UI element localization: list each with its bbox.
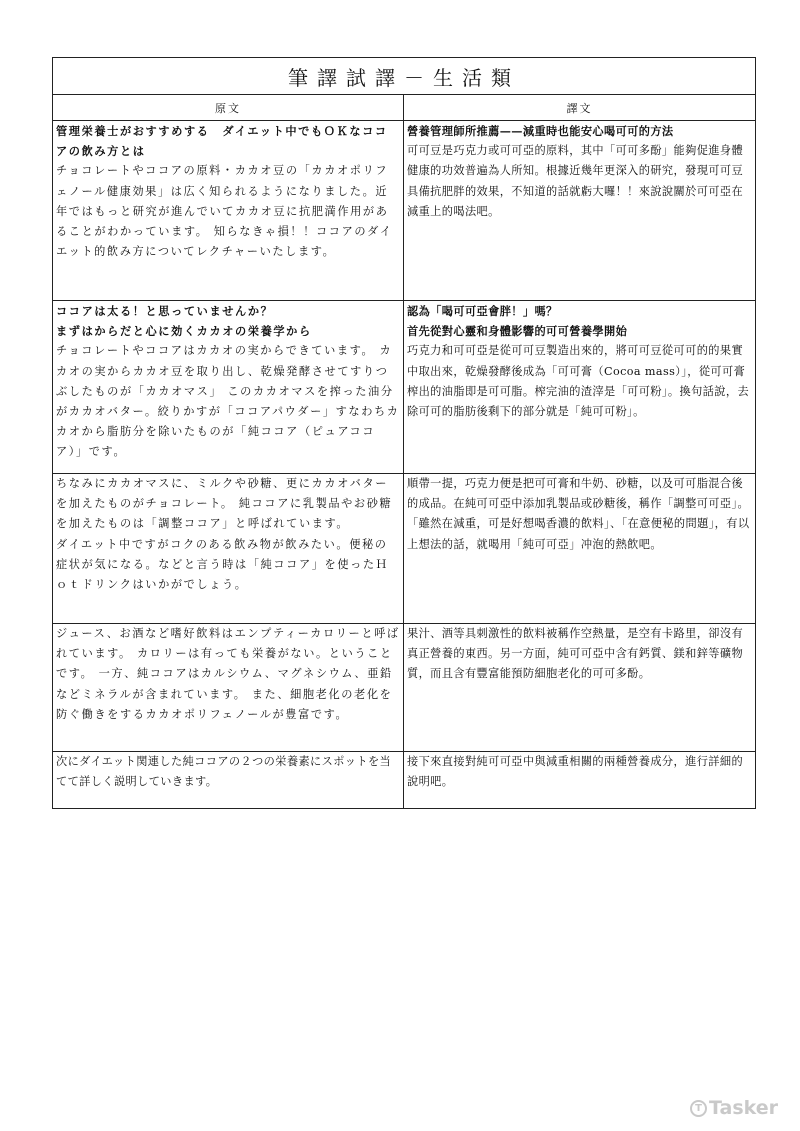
- column-header-source: 原文: [53, 95, 404, 121]
- source-body: 次にダイエット関連した純ココアの２つの栄養素にスポットを当てて詳しく説明していき…: [56, 752, 400, 792]
- translation-body: 巧克力和可可亞是從可可豆製造出來的，將可可豆從可可的的果實中取出來，乾燥發酵後成…: [407, 341, 752, 422]
- column-header-translation: 譯文: [404, 95, 756, 121]
- source-cell: ちなみにカカオマスに、ミルクや砂糖、更にカカオバターを加えたものがチョコレート。…: [53, 474, 404, 624]
- tasker-logo-icon: T: [690, 1100, 707, 1117]
- source-body: チョコレートやココアの原料・カカオ豆の「カカオポリフェノール健康効果」は広く知ら…: [56, 161, 400, 262]
- source-heading: ココアは太る！と思っていませんか？ まずはからだと心に効くカカオの栄養学から: [56, 301, 400, 341]
- source-body: チョコレートやココアはカカオの実からできています。 カカオの実からカカオ豆を取り…: [56, 341, 400, 462]
- source-body: ジュース、お酒など嗜好飲料はエンプティーカロリーと呼ばれています。 カロリーは有…: [56, 624, 400, 725]
- translation-heading: 認為「喝可可亞會胖！」嗎？ 首先從對心靈和身體影響的可可營養學開始: [407, 301, 752, 341]
- source-heading: 管理栄養士がおすすめする ダイエット中でもＯＫなココアの飲み方とは: [56, 121, 400, 161]
- watermark-text: Tasker: [709, 1097, 778, 1119]
- table-row: ちなみにカカオマスに、ミルクや砂糖、更にカカオバターを加えたものがチョコレート。…: [53, 474, 756, 624]
- page-title: 筆譯試譯－生活類: [53, 58, 756, 95]
- translation-body: 接下來直接對純可可亞中與減重相關的兩種營養成分，進行詳細的說明吧。: [407, 752, 752, 792]
- source-body: ちなみにカカオマスに、ミルクや砂糖、更にカカオバターを加えたものがチョコレート。…: [56, 474, 400, 595]
- table-row: 管理栄養士がおすすめする ダイエット中でもＯＫなココアの飲み方とは チョコレート…: [53, 121, 756, 301]
- source-cell: ジュース、お酒など嗜好飲料はエンプティーカロリーと呼ばれています。 カロリーは有…: [53, 624, 404, 752]
- source-cell: ココアは太る！と思っていませんか？ まずはからだと心に効くカカオの栄養学から チ…: [53, 301, 404, 474]
- translation-cell: 營養管理師所推薦——減重時也能安心喝可可的方法 可可豆是巧克力或可可亞的原料，其…: [404, 121, 756, 301]
- watermark: T Tasker: [690, 1097, 778, 1119]
- table-row: 次にダイエット関連した純ココアの２つの栄養素にスポットを当てて詳しく説明していき…: [53, 752, 756, 809]
- translation-body: 可可豆是巧克力或可可亞的原料，其中「可可多酚」能夠促進身體健康的功效普遍為人所知…: [407, 141, 752, 222]
- table-row: ココアは太る！と思っていませんか？ まずはからだと心に効くカカオの栄養学から チ…: [53, 301, 756, 474]
- source-cell: 次にダイエット関連した純ココアの２つの栄養素にスポットを当てて詳しく説明していき…: [53, 752, 404, 809]
- source-cell: 管理栄養士がおすすめする ダイエット中でもＯＫなココアの飲み方とは チョコレート…: [53, 121, 404, 301]
- translation-heading: 營養管理師所推薦——減重時也能安心喝可可的方法: [407, 121, 752, 141]
- translation-cell: 認為「喝可可亞會胖！」嗎？ 首先從對心靈和身體影響的可可營養學開始 巧克力和可可…: [404, 301, 756, 474]
- translation-cell: 順帶一提，巧克力便是把可可膏和牛奶、砂糖，以及可可脂混合後的成品。在純可可亞中添…: [404, 474, 756, 624]
- translation-cell: 果汁、酒等具刺激性的飲料被稱作空熱量，是空有卡路里，卻沒有真正營養的東西。另一方…: [404, 624, 756, 752]
- translation-cell: 接下來直接對純可可亞中與減重相關的兩種營養成分，進行詳細的說明吧。: [404, 752, 756, 809]
- translation-body: 果汁、酒等具刺激性的飲料被稱作空熱量，是空有卡路里，卻沒有真正營養的東西。另一方…: [407, 624, 752, 685]
- table-row: ジュース、お酒など嗜好飲料はエンプティーカロリーと呼ばれています。 カロリーは有…: [53, 624, 756, 752]
- translation-body: 順帶一提，巧克力便是把可可膏和牛奶、砂糖，以及可可脂混合後的成品。在純可可亞中添…: [407, 474, 752, 555]
- translation-table: 筆譯試譯－生活類 原文 譯文 管理栄養士がおすすめする ダイエット中でもＯＫなコ…: [52, 57, 756, 809]
